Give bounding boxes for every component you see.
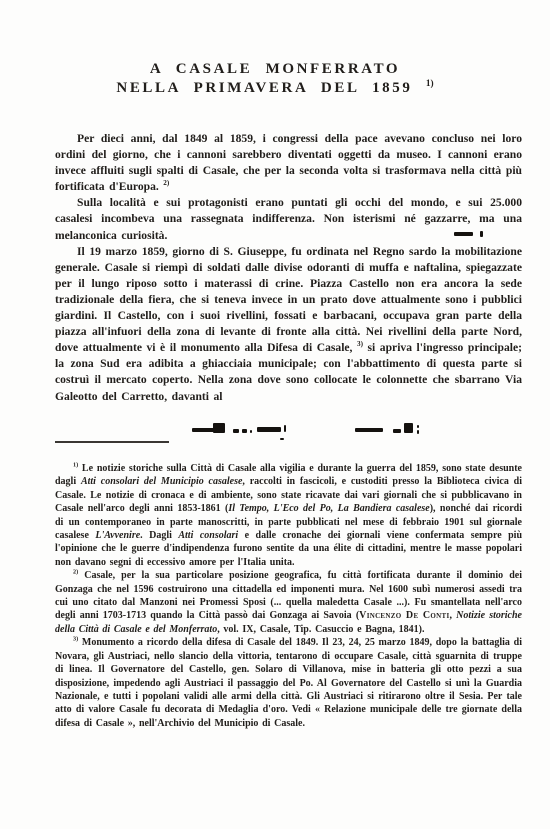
footnote-marker: 1) xyxy=(426,79,434,89)
ink-smudge xyxy=(404,423,413,433)
text-segment: Sulla località e sui protagonisti erano … xyxy=(55,196,522,241)
footnote-separator xyxy=(55,441,169,443)
paragraph: Per dieci anni, dal 1849 al 1859, i cong… xyxy=(55,131,522,195)
footnote: 2) Casale, per la sua particolare posizi… xyxy=(55,569,522,636)
footnote: 1) Le notizie storiche sulla Città di Ca… xyxy=(55,462,522,569)
ink-smudge xyxy=(213,423,225,433)
body-text: Per dieci anni, dal 1849 al 1859, i cong… xyxy=(55,131,522,405)
ink-smudge xyxy=(355,428,383,432)
footnote-marker: 2) xyxy=(163,179,169,187)
ink-smudge xyxy=(454,232,473,236)
text-segment: Il Tempo, L'Eco del Po, La Bandiera casa… xyxy=(228,503,429,514)
ink-smudge xyxy=(480,231,483,237)
ink-smudge xyxy=(257,427,281,432)
page-title: A CASALE MONFERRATO NELLA PRIMAVERA DEL … xyxy=(0,60,550,98)
ink-smudge xyxy=(250,430,252,433)
ink-smudge xyxy=(242,429,247,433)
ink-smudge xyxy=(284,425,286,432)
ink-smudge xyxy=(417,425,419,428)
paragraph: Sulla località e sui protagonisti erano … xyxy=(55,195,522,243)
footnotes: 1) Le notizie storiche sulla Città di Ca… xyxy=(55,462,522,730)
ink-smudge xyxy=(280,438,284,440)
paragraph: Il 19 marzo 1859, giorno di S. Giuseppe,… xyxy=(55,244,522,405)
page-title-line-2-text: NELLA PRIMAVERA DEL 1859 xyxy=(116,80,412,96)
scanned-document-page: A CASALE MONFERRATO NELLA PRIMAVERA DEL … xyxy=(0,0,550,829)
ink-smudge xyxy=(417,430,419,434)
text-segment: , vol. IX, Casale, Tip. Casuccio e Bagna… xyxy=(217,624,424,635)
text-segment: Per dieci anni, dal 1849 al 1859, i cong… xyxy=(55,132,522,193)
text-segment: Il 19 marzo 1859, giorno di S. Giuseppe,… xyxy=(55,245,522,355)
ink-smudge xyxy=(233,429,239,433)
footnote: 3) Monumento a ricordo della difesa di C… xyxy=(55,636,522,730)
text-segment: Atti consolari del Municipio casalese xyxy=(81,476,242,487)
text-segment: Monumento a ricordo della difesa di Casa… xyxy=(55,637,522,728)
text-segment: . Dagli xyxy=(140,530,178,541)
ink-smudge xyxy=(393,429,401,433)
page-title-line-1: A CASALE MONFERRATO xyxy=(0,60,550,79)
text-segment: L'Avvenire xyxy=(95,530,140,541)
page-title-line-2: NELLA PRIMAVERA DEL 1859 1) xyxy=(0,79,550,98)
text-segment: Atti consolari xyxy=(178,530,238,541)
text-segment: Vincenzo De Conti xyxy=(359,610,449,621)
